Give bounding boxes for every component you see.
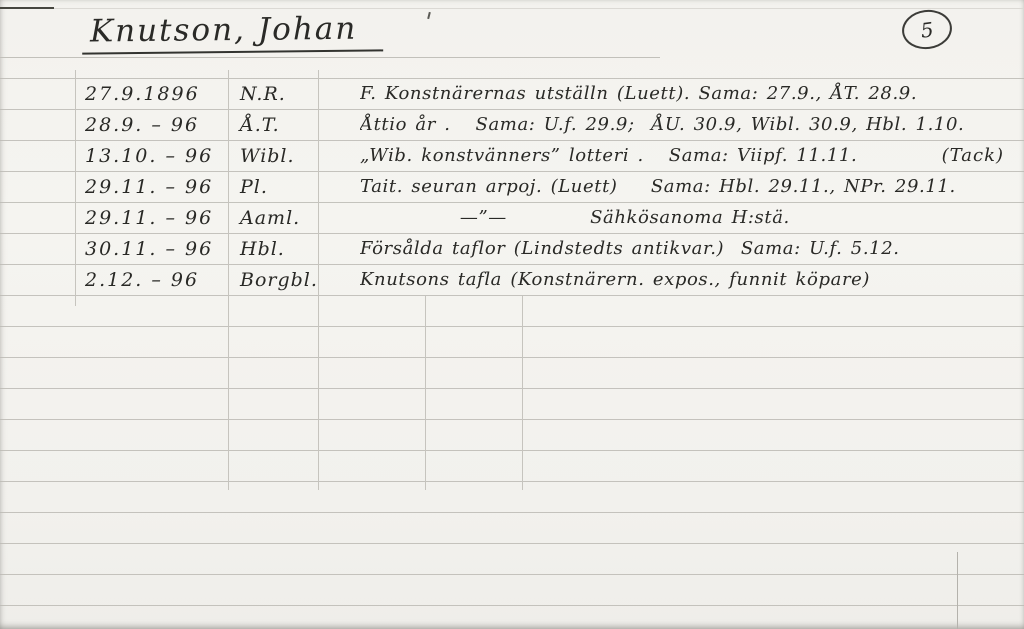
entry-date: 13.10. – 96 [85, 143, 230, 169]
card-title: Knutson, Johan [82, 10, 384, 54]
entry-source: Pl. [240, 174, 355, 200]
entry-source: Borgbl. [240, 267, 355, 293]
entry-text: Åttio år . Sama: U.f. 29.9; ÅU. 30.9, Wi… [360, 112, 1010, 138]
entry-source: Å.T. [240, 112, 355, 138]
entry-source: Aaml. [240, 205, 355, 231]
entry-date: 29.11. – 96 [85, 205, 230, 231]
entry-row: 28.9. – 96 Å.T. Åttio år . Sama: U.f. 29… [0, 112, 1024, 142]
entry-source: Wibl. [240, 143, 355, 169]
entry-text: Knutsons tafla (Konstnärern. expos., fun… [360, 267, 1010, 293]
page-number-badge: 5 [900, 7, 954, 52]
entry-source: N.R. [240, 81, 355, 107]
page-number: 5 [919, 17, 935, 42]
entry-row: 13.10. – 96 Wibl. „Wib. konstvänners” lo… [0, 143, 1024, 173]
entry-row: 29.11. – 96 Pl. Tait. seuran arpoj. (Lue… [0, 174, 1024, 204]
entry-row: 27.9.1896 N.R. F. Konstnärernas utställn… [0, 81, 1024, 111]
column-line [957, 552, 958, 629]
entry-text: F. Konstnärernas utställn (Luett). Sama:… [360, 81, 1010, 107]
index-card: Knutson, Johan 5 27.9.1896 N.R. F. Konst… [0, 0, 1024, 629]
entry-date: 28.9. – 96 [85, 112, 230, 138]
entry-date: 29.11. – 96 [85, 174, 230, 200]
entry-source: Hbl. [240, 236, 355, 262]
entry-row: 29.11. – 96 Aaml. —”— Sähkösanoma H:stä. [0, 205, 1024, 235]
entry-date: 27.9.1896 [85, 81, 230, 107]
entry-date: 30.11. – 96 [85, 236, 230, 262]
title-underline-rule [0, 57, 660, 58]
entry-text: Försålda taflor (Lindstedts antikvar.) S… [360, 236, 1010, 262]
top-edge-mark [0, 7, 54, 9]
column-line [522, 296, 523, 490]
top-edge-rule [0, 8, 1024, 9]
entry-text: —”— Sähkösanoma H:stä. [360, 205, 1010, 231]
entry-text: „Wib. konstvänners” lotteri . Sama: Viip… [360, 143, 1010, 169]
entry-row: 2.12. – 96 Borgbl. Knutsons tafla (Konst… [0, 267, 1024, 297]
column-line [425, 296, 426, 490]
entry-row: 30.11. – 96 Hbl. Försålda taflor (Lindst… [0, 236, 1024, 266]
entry-date: 2.12. – 96 [85, 267, 230, 293]
entry-text: Tait. seuran arpoj. (Luett) Sama: Hbl. 2… [360, 174, 1010, 200]
entry-note: (Tack) [942, 143, 1004, 169]
stray-pen-mark [427, 12, 431, 19]
